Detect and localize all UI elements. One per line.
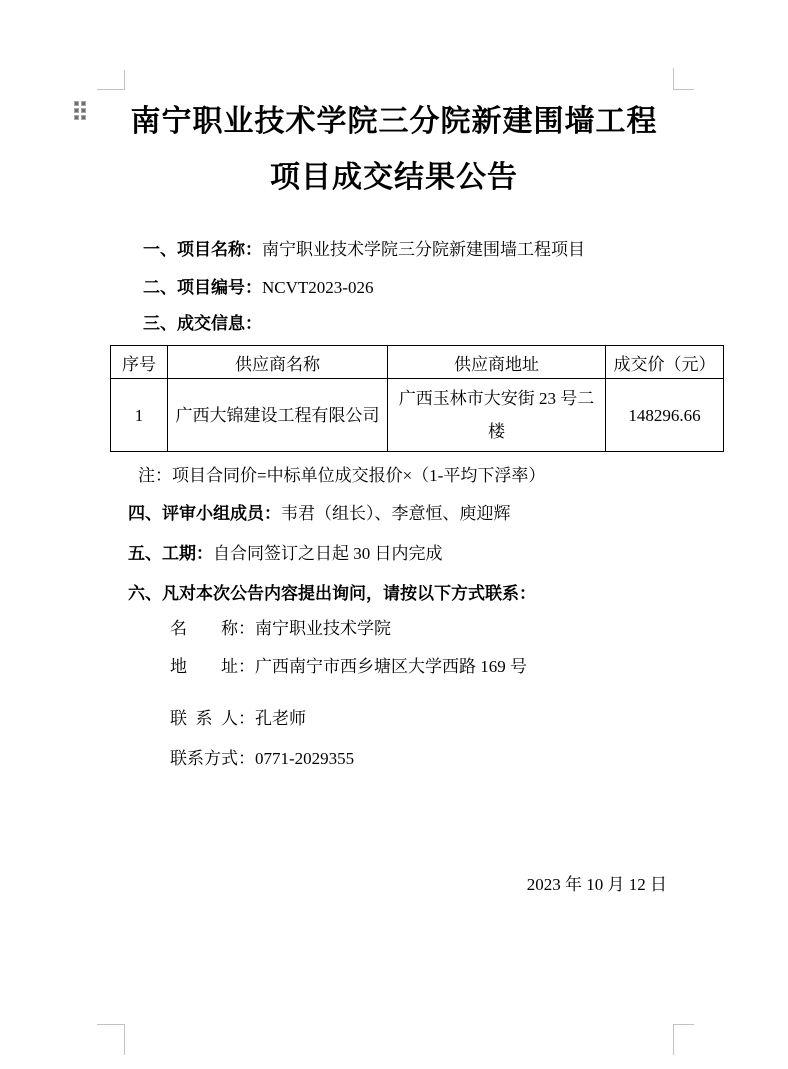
section-project-number-value: NCVT2023-026 — [262, 278, 373, 297]
contact-name-value: 南宁职业技术学院 — [255, 619, 391, 638]
crop-mark-bottom-left-h — [97, 1024, 125, 1025]
contact-phone-value: 0771-2029355 — [255, 749, 354, 768]
contact-address-label: 地址 — [170, 656, 238, 677]
deal-result-table: 序号 供应商名称 供应商地址 成交价（元） 1 广西大锦建设工程有限公司 广西玉… — [110, 345, 724, 452]
contract-price-note: 注：项目合同价=中标单位成交报价×（1-平均下浮率） — [138, 465, 545, 486]
section-project-name-label: 一、项目名称： — [143, 240, 262, 259]
section-inquiry: 六、凡对本次公告内容提出询问，请按以下方式联系： — [128, 583, 536, 604]
contact-person-value: 孔老师 — [255, 709, 306, 728]
crop-mark-top-right-v — [673, 68, 674, 90]
cell-serial-no: 1 — [111, 379, 168, 452]
header-supplier: 供应商名称 — [168, 346, 388, 379]
contact-phone-line: 联系方式：0771-2029355 — [170, 748, 354, 769]
contact-phone-colon: ： — [238, 748, 255, 769]
header-deal-price: 成交价（元） — [606, 346, 724, 379]
section-duration-label: 五、工期： — [128, 544, 213, 563]
contact-person-label: 联系人 — [170, 708, 238, 729]
section-duration: 五、工期：自合同签订之日起 30 日内完成 — [128, 543, 443, 564]
section-review-team-label: 四、评审小组成员： — [128, 504, 281, 523]
document-page: 南宁职业技术学院三分院新建围墙工程 项目成交结果公告 一、项目名称：南宁职业技术… — [0, 0, 788, 1069]
contact-address-colon: ： — [238, 656, 255, 677]
contact-name-colon: ： — [238, 618, 255, 639]
contact-phone-label: 联系方式 — [170, 748, 238, 769]
contact-person-colon: ： — [238, 708, 255, 729]
header-serial-no: 序号 — [111, 346, 168, 379]
contact-person-line: 联系人：孔老师 — [170, 708, 306, 729]
document-date: 2023 年 10 月 12 日 — [527, 874, 667, 895]
title-line-2: 项目成交结果公告 — [0, 150, 788, 206]
crop-mark-top-right-h — [673, 89, 694, 90]
document-title: 南宁职业技术学院三分院新建围墙工程 项目成交结果公告 — [0, 94, 788, 206]
table-row: 1 广西大锦建设工程有限公司 广西玉林市大安街 23 号二楼 148296.66 — [111, 379, 724, 452]
section-deal-info-label: 三、成交信息： — [143, 314, 262, 333]
section-deal-info: 三、成交信息： — [143, 313, 262, 334]
contact-name-label: 名称 — [170, 618, 238, 639]
title-line-1: 南宁职业技术学院三分院新建围墙工程 — [0, 94, 788, 150]
cell-supplier: 广西大锦建设工程有限公司 — [168, 379, 388, 452]
section-project-name: 一、项目名称：南宁职业技术学院三分院新建围墙工程项目 — [143, 239, 585, 260]
contact-address-value: 广西南宁市西乡塘区大学西路 169 号 — [255, 657, 527, 676]
section-review-team: 四、评审小组成员：韦君（组长）、李意恒、庾迎辉 — [128, 503, 511, 524]
section-duration-value: 自合同签订之日起 30 日内完成 — [213, 544, 443, 563]
crop-mark-bottom-right-v — [673, 1024, 674, 1055]
crop-mark-bottom-left-v — [124, 1024, 125, 1055]
crop-mark-top-left-v — [124, 70, 125, 90]
header-address: 供应商地址 — [388, 346, 606, 379]
section-project-name-value: 南宁职业技术学院三分院新建围墙工程项目 — [262, 240, 585, 259]
contact-name-line: 名称：南宁职业技术学院 — [170, 618, 391, 639]
contact-address-line: 地址：广西南宁市西乡塘区大学西路 169 号 — [170, 656, 527, 677]
crop-mark-top-left-h — [97, 89, 125, 90]
section-inquiry-label: 六、凡对本次公告内容提出询问，请按以下方式联系： — [128, 584, 536, 603]
cell-deal-price: 148296.66 — [606, 379, 724, 452]
crop-mark-bottom-right-h — [673, 1024, 694, 1025]
cell-address: 广西玉林市大安街 23 号二楼 — [388, 379, 606, 452]
section-project-number: 二、项目编号：NCVT2023-026 — [143, 277, 373, 298]
section-project-number-label: 二、项目编号： — [143, 278, 262, 297]
section-review-team-value: 韦君（组长）、李意恒、庾迎辉 — [281, 504, 511, 523]
table-header-row: 序号 供应商名称 供应商地址 成交价（元） — [111, 346, 724, 379]
